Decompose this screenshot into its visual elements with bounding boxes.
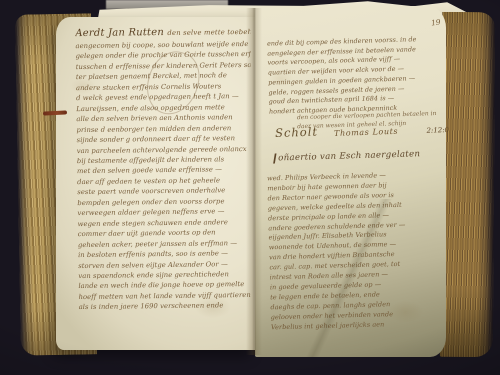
second-entry-heading-text: oñaertio van Esch naergelaten: [278, 149, 420, 163]
manuscript-line: gegeven, welcke gedeelte als den inhalt: [268, 199, 446, 214]
second-entry-heading: Joñaertio van Esch naergelaten: [271, 148, 449, 163]
manuscript-line: intrest van Roden alle ses jaeren —: [270, 269, 448, 284]
left-page-text: Aerdt Jan Rutten den selve mette toebeho…: [75, 26, 253, 313]
manuscript-line: andere goederen schuldende ende ver —: [268, 219, 446, 234]
signature-scholt: Scholt: [275, 125, 318, 140]
manuscript-photo: Aerdt Jan Rutten den selve mette toebeho…: [0, 0, 500, 375]
manuscript-line: gelooven onder het verbinden vande: [271, 308, 449, 323]
right-page: 19 ende dit bij compe des kinderen voors…: [255, 6, 446, 357]
manuscript-line: te leggen ende te betaelen, ende: [270, 289, 448, 304]
manuscript-line: Verbelius int geheel jaerlijcks aen: [271, 318, 449, 333]
entry-heading-suffix: den selve mette toebehoirten: [167, 28, 250, 37]
book-gutter-shadow: [246, 8, 262, 355]
manuscript-line: eijgenden Juffr. Elisabeth Verbelius: [269, 229, 447, 244]
right-page-paragraph: ende dit bij compe des kinderen voorss. …: [267, 34, 447, 117]
sum-amount: 2:12:0: [426, 126, 449, 135]
left-page: Aerdt Jan Rutten den selve mette toebeho…: [56, 17, 255, 350]
manuscript-line: woonende tot Udenhout, de somme —: [269, 239, 447, 254]
entry-heading-name: Aerdt Jan Rutten: [75, 27, 164, 39]
manuscript-line: van drie hondert vijftien Brabantsche: [269, 249, 447, 264]
manuscript-line: als is inden jaere 1690 verscheenen ende: [79, 300, 254, 313]
manuscript-line: derste principale op lande en alle —: [268, 209, 446, 224]
second-entry-lines: wed. Philips Verbeeck in levende —menboi…: [267, 170, 449, 333]
manuscript-line: daeghs de cap. penn. langhs gelden: [270, 298, 448, 313]
signature-thomas: Thomas Louts: [334, 127, 398, 138]
manuscript-lines: aengecomen bij coope, soo bouwlant weijd…: [75, 39, 253, 313]
manuscript-line: car. gul. cap. met verscheiden goet, tot: [269, 259, 447, 274]
manuscript-line: in goede gevalueerde gelde op —: [270, 279, 448, 294]
folio-number: 19: [430, 17, 441, 27]
